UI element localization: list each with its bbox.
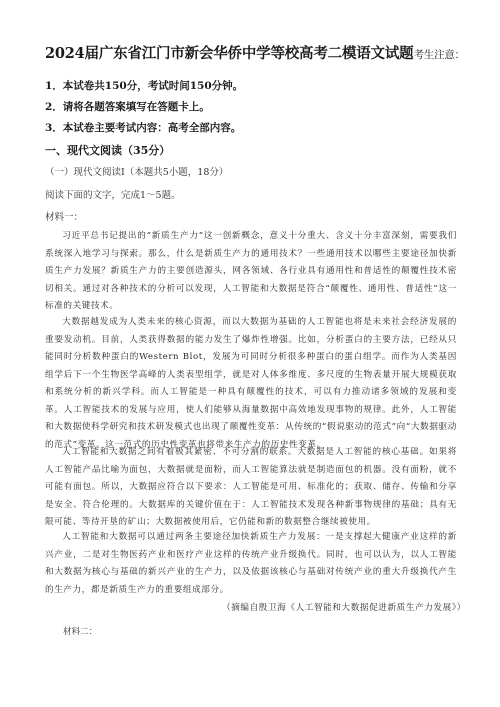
title-note: 考生注意：	[413, 49, 465, 61]
document-title: 2024届广东省江门市新会华侨中学等校高考二模语文试题考生注意：	[45, 42, 495, 63]
instruction-2: 2．请将各题答案填写在答题卡上。	[45, 99, 210, 114]
paragraph-2: 大数据越发成为人类未来的核心资源，而以大数据为基础的人工智能也将是未来社会经济发…	[45, 314, 457, 454]
paragraph-3: 人工智能和大数据之间有着极其紧密、不可分割的联系。大数据是人工智能的核心基础。如…	[45, 444, 457, 532]
instruction-1: 1．本试卷共150分，考试时间150分钟。	[45, 78, 243, 93]
exam-page: 2024届广东省江门市新会华侨中学等校高考二模语文试题考生注意： 1．本试卷共1…	[0, 0, 500, 707]
source-citation: （摘编自殷卫海《人工智能和大数据促进新质生产力发展》）	[222, 601, 466, 613]
section-heading: 一、现代文阅读（35分）	[45, 142, 170, 158]
subsection-heading: （一）现代文阅读Ⅰ（本题共5小题，18分）	[45, 164, 228, 178]
instruction-3: 3．本试卷主要考试内容：高考全部内容。	[45, 120, 241, 135]
title-text: 2024届广东省江门市新会华侨中学等校高考二模语文试题	[45, 45, 413, 62]
paragraph-1: 习近平总书记提出的“新质生产力”这一创新概念，意义十分重大、含义十分丰富深刻，需…	[45, 228, 457, 316]
material-1-label: 材料一：	[45, 209, 83, 223]
paragraph-4: 人工智能和大数据可以通过两条主要途径加快新质生产力发展：一是支撑起大健康产业这样…	[45, 529, 457, 599]
reading-prompt: 阅读下面的文字，完成1～5题。	[45, 187, 181, 201]
material-2-label: 材料二：	[63, 625, 97, 637]
